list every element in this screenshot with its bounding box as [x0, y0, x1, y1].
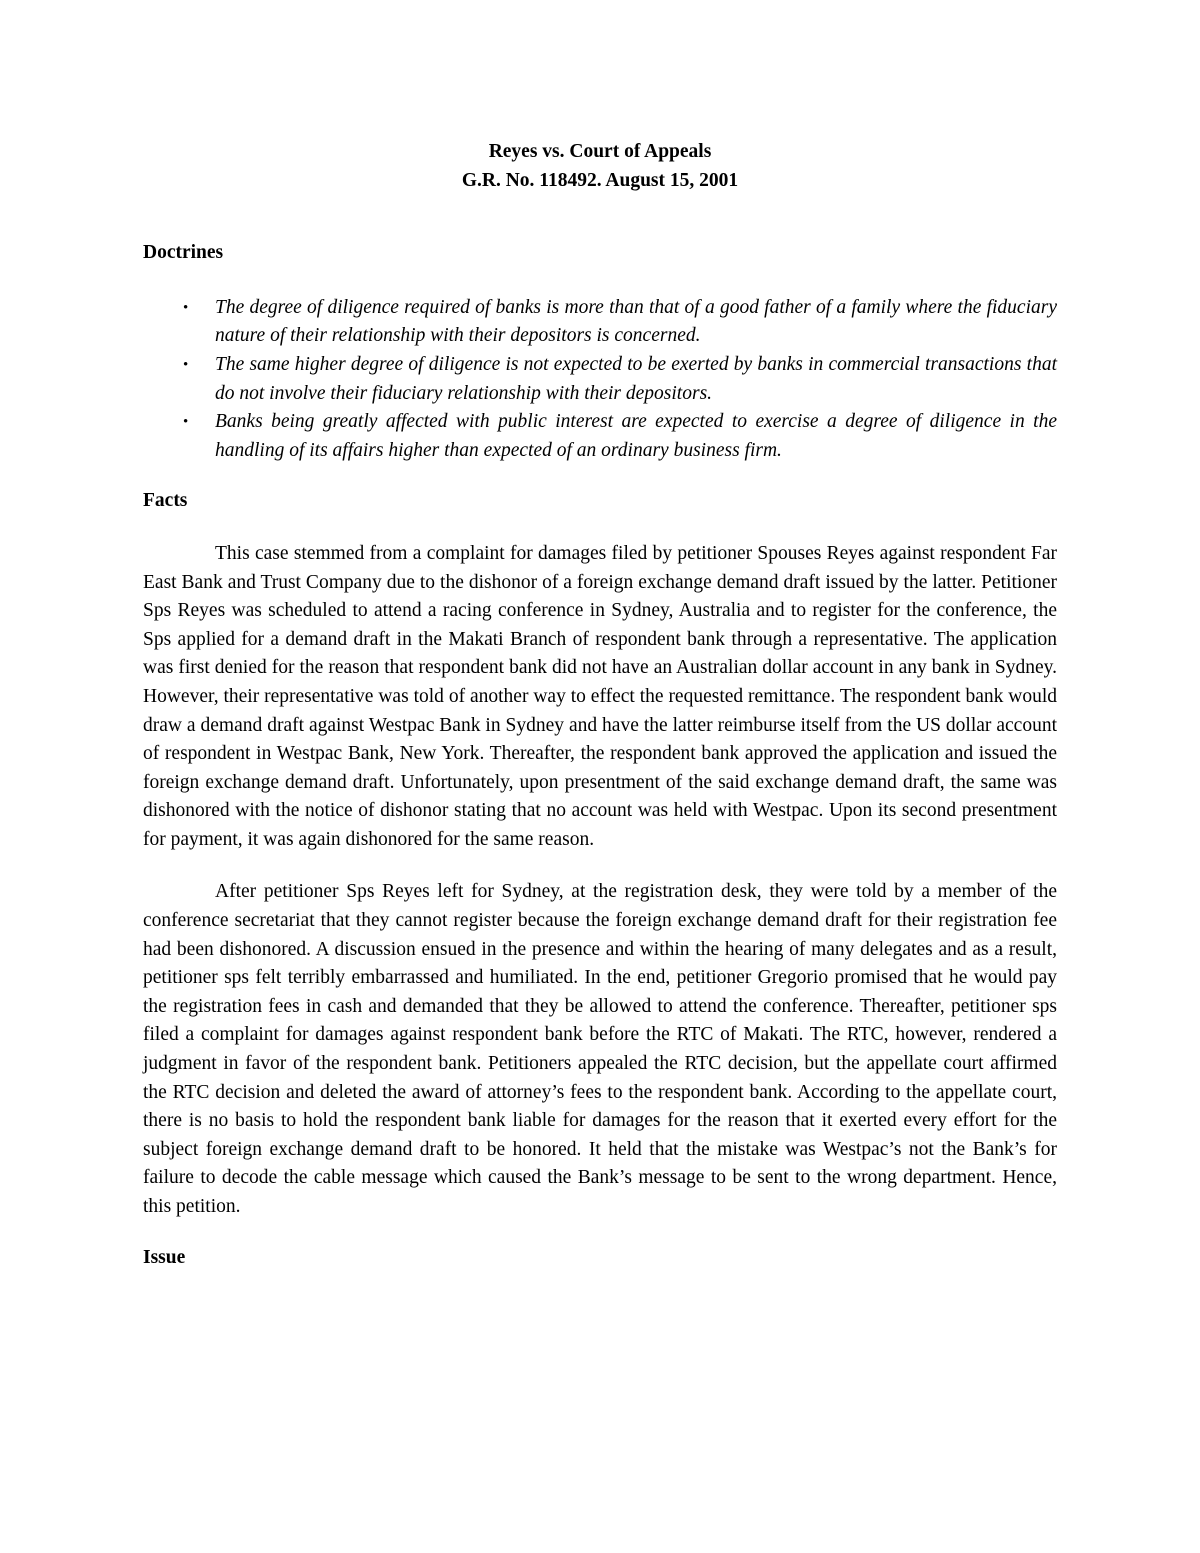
case-citation: G.R. No. 118492. August 15, 2001	[143, 167, 1057, 196]
doctrine-text: The degree of diligence required of bank…	[215, 297, 1057, 347]
bullet-icon: •	[183, 351, 188, 380]
doctrine-text: The same higher degree of diligence is n…	[215, 354, 1057, 404]
doctrine-item: • Banks being greatly affected with publ…	[215, 408, 1057, 465]
issue-heading: Issue	[143, 1244, 1057, 1273]
doctrine-item: • The degree of diligence required of ba…	[215, 294, 1057, 351]
facts-paragraph-2: After petitioner Sps Reyes left for Sydn…	[143, 878, 1057, 1221]
case-title-block: Reyes vs. Court of Appeals G.R. No. 1184…	[143, 138, 1057, 195]
case-title: Reyes vs. Court of Appeals	[143, 138, 1057, 167]
document-page: Reyes vs. Court of Appeals G.R. No. 1184…	[0, 0, 1200, 1553]
facts-paragraph-1: This case stemmed from a complaint for d…	[143, 540, 1057, 855]
doctrine-item: • The same higher degree of diligence is…	[215, 351, 1057, 408]
doctrine-text: Banks being greatly affected with public…	[215, 411, 1057, 461]
facts-heading: Facts	[143, 487, 1057, 516]
doctrines-heading: Doctrines	[143, 239, 1057, 268]
doctrine-list: • The degree of diligence required of ba…	[143, 294, 1057, 466]
bullet-icon: •	[183, 294, 188, 323]
bullet-icon: •	[183, 408, 188, 437]
